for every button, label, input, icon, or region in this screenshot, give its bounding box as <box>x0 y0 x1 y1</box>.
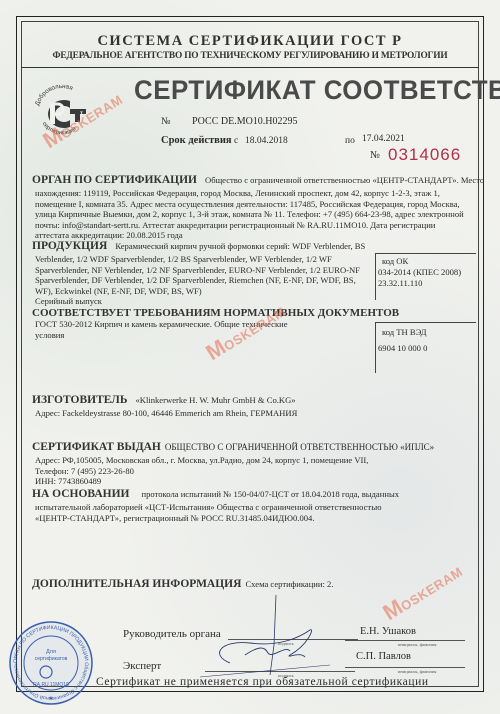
head-name-line <box>345 640 465 641</box>
validity-label: Срок действия <box>161 135 232 146</box>
product-line: Verblender, 1/2 WDF Sparverblender, 1/2 … <box>35 254 377 265</box>
expert-name-line <box>345 667 465 668</box>
certificate-title: СЕРТИФИКАТ СООТВЕТСТВИЯ <box>134 75 500 106</box>
issued-to-address: Адрес: РФ,105005, Московская обл., г. Мо… <box>35 455 477 466</box>
product-line: Sparverblender, DF Verblender, 1/2 DF Sp… <box>35 275 377 286</box>
product-first-line: Керамический кирпич ручной формовки сери… <box>115 241 365 251</box>
agency-title: ФЕДЕРАЛЬНОЕ АГЕНТСТВО ПО ТЕХНИЧЕСКОМУ РЕ… <box>21 51 479 61</box>
certification-body-line: нахождения: 119119, Российская Федерация… <box>35 188 477 199</box>
product-section: ПРОДУКЦИЯ Керамический кирпич ручной фор… <box>32 236 377 307</box>
manufacturer-address: Адрес: Fackeldeystrasse 80-100, 46446 Em… <box>32 408 477 419</box>
certification-body-first-line: Общество с ограниченной ответственностью… <box>205 175 484 185</box>
conformity-section: СООТВЕТСТВУЕТ ТРЕБОВАНИЯМ НОРМАТИВНЫХ ДО… <box>32 307 377 340</box>
header-divider <box>21 67 479 68</box>
conformity-line: ГОСТ 530-2012 Кирпич и камень керамическ… <box>35 319 377 330</box>
conformity-line: условия <box>35 330 377 341</box>
svg-text:сертификатов: сертификатов <box>35 656 68 662</box>
product-serial-release: Серийный выпуск <box>35 296 377 307</box>
number-label: № <box>161 116 171 127</box>
valid-from-date: 18.04.2018 <box>245 136 288 146</box>
head-name: Е.Н. Ушаков <box>360 626 416 637</box>
name-caption: инициалы, фамилия <box>398 669 437 674</box>
certification-stamp-icon: ОРГАН ПО СЕРТИФИКАЦИИ ПРОДУКЦИИ Общество… <box>8 620 94 706</box>
ok-code-standard: 034-2014 (КПЕС 2008) <box>378 267 476 278</box>
basis-label: НА ОСНОВАНИИ <box>32 488 130 500</box>
certificate-number: РОСС DE.МО10.Н02295 <box>192 116 298 127</box>
svg-text:★: ★ <box>48 695 53 702</box>
expert-label: Эксперт <box>123 660 161 672</box>
signature-icon <box>190 585 340 685</box>
system-title: СИСТЕМА СЕРТИФИКАЦИИ ГОСТ Р <box>21 33 479 50</box>
ok-code-label: код ОК <box>378 256 476 267</box>
manufacturer-label: ИЗГОТОВИТЕЛЬ <box>32 394 127 406</box>
issued-to-name: ОБЩЕСТВО С ОГРАНИЧЕННОЙ ОТВЕТСТВЕННОСТЬЮ… <box>165 442 434 452</box>
basis-line: испытательной лабораторией «ЦСТ-Испытани… <box>35 502 477 513</box>
conformity-label: СООТВЕТСТВУЕТ ТРЕБОВАНИЯМ НОРМАТИВНЫХ ДО… <box>32 307 377 319</box>
issued-to-phone: Телефон: 7 (495) 223-26-80 <box>35 466 477 477</box>
expert-name: С.П. Павлов <box>356 651 411 662</box>
valid-to-date: 17.04.2021 <box>362 134 405 144</box>
name-caption: инициалы, фамилия <box>398 642 437 647</box>
product-line: WF), Eckwinkel (NF, E-NF, DF, WDF, BS, W… <box>35 286 377 297</box>
certification-body-section: ОРГАН ПО СЕРТИФИКАЦИИ Общество с огранич… <box>32 170 477 241</box>
valid-from-label: с <box>234 136 238 146</box>
certification-body-line: почты: info@standart-sertt.ru. Аттестат … <box>35 220 477 231</box>
certification-body-line: помещение I, комната 35. Адрес места осу… <box>35 199 477 210</box>
product-line: Sparverblender, NF Verblender, 1/2 NF Sp… <box>35 265 377 276</box>
valid-to-label: по <box>345 136 355 146</box>
basis-line: «ЦЕНТР-СТАНДАРТ», регистрационный № РОСС… <box>35 513 477 524</box>
manufacturer-section: ИЗГОТОВИТЕЛЬ «Klinkerwerke H. W. Muhr Gm… <box>32 390 477 419</box>
serial-number: 0314066 <box>388 145 461 165</box>
ok-code-box: код ОК 034-2014 (КПЕС 2008) 23.32.11.110 <box>375 253 476 300</box>
svg-text:RA.RU.11МО10: RA.RU.11МО10 <box>33 682 69 688</box>
issued-to-label: СЕРТИФИКАТ ВЫДАН <box>32 441 161 453</box>
certification-body-line: улица Кирпичные Выемки, дом 2, корпус 1,… <box>35 209 477 220</box>
tnved-code-value: 6904 10 000 0 <box>378 338 476 354</box>
basis-first-line: протокола испытаний № 150-04/07-ЦСТ от 1… <box>142 489 400 499</box>
ok-code-value: 23.32.11.110 <box>378 278 476 289</box>
issued-to-section: СЕРТИФИКАТ ВЫДАН ОБЩЕСТВО С ОГРАНИЧЕННОЙ… <box>32 437 477 487</box>
serial-label: № <box>370 150 380 161</box>
manufacturer-name: «Klinkerwerke H. W. Muhr GmbH & Co.KG» <box>135 395 295 405</box>
svg-text:Для: Для <box>46 649 56 655</box>
basis-section: НА ОСНОВАНИИ протокола испытаний № 150-0… <box>32 484 477 523</box>
tnved-code-label: код ТН ВЭД <box>378 325 476 338</box>
tnved-code-box: код ТН ВЭД 6904 10 000 0 <box>375 322 476 373</box>
product-label: ПРОДУКЦИЯ <box>32 240 107 252</box>
certification-body-label: ОРГАН ПО СЕРТИФИКАЦИИ <box>32 174 197 186</box>
